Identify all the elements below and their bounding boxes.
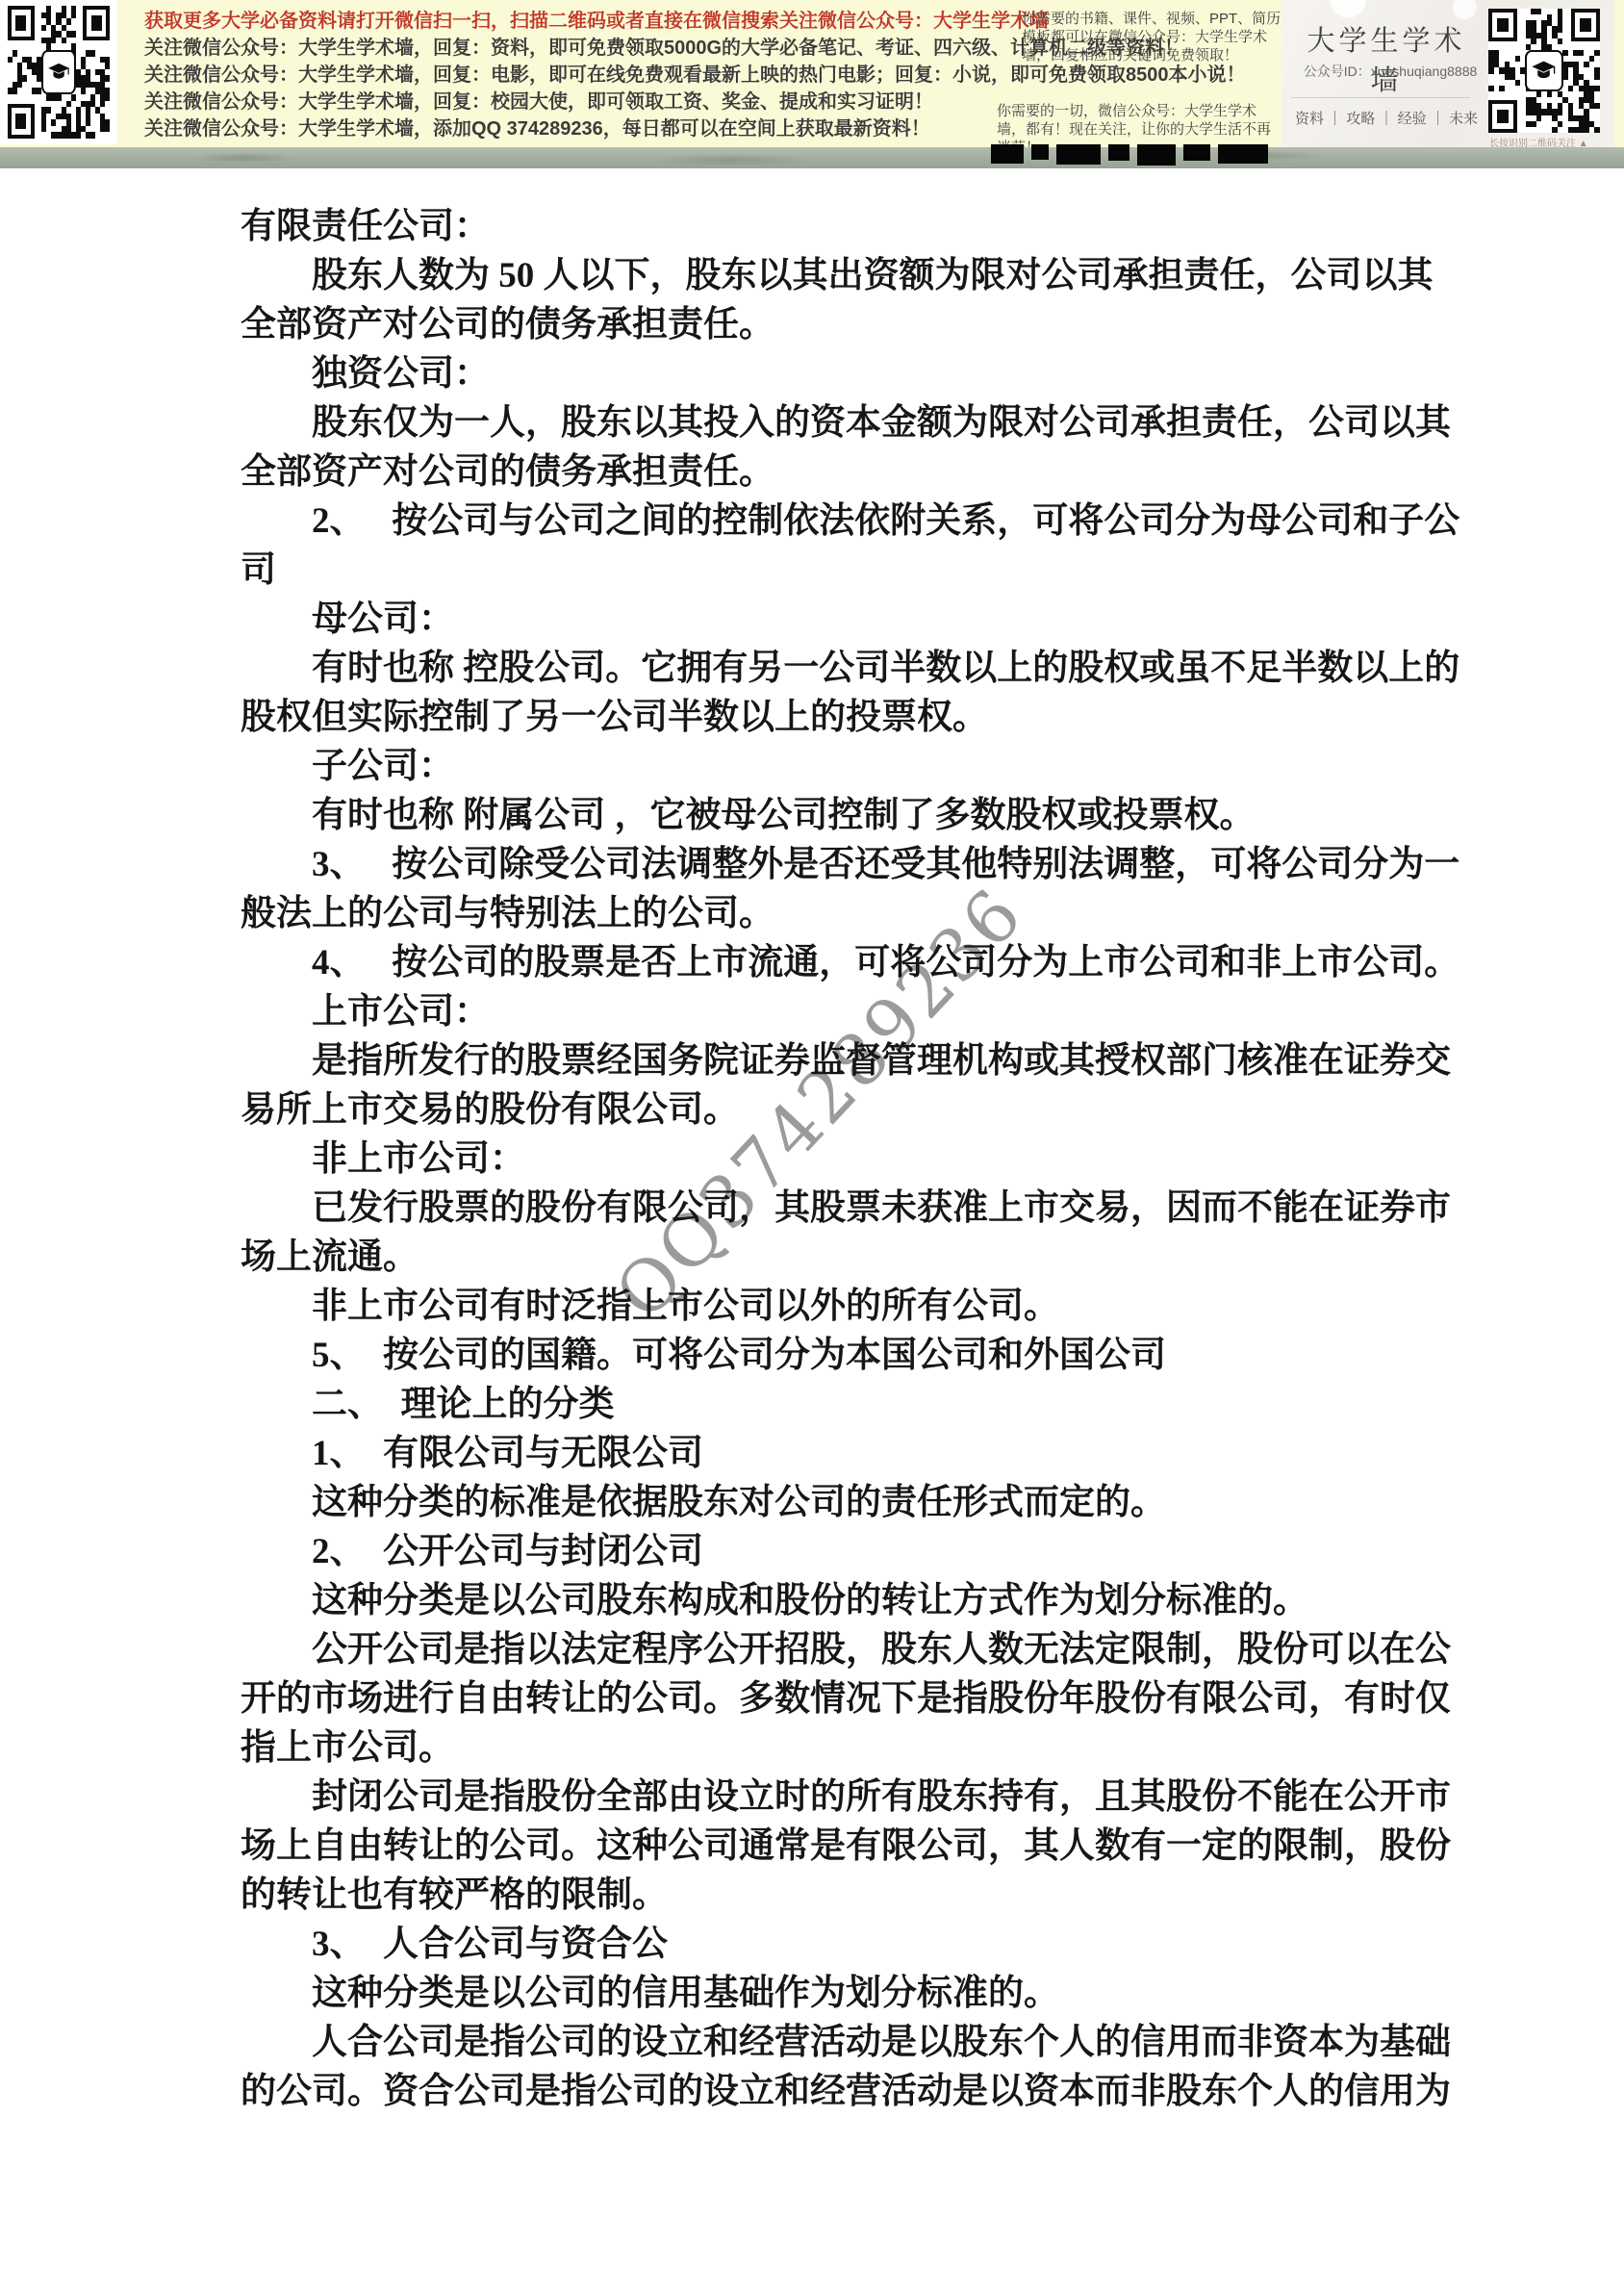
qr-finder-icon [8, 6, 35, 40]
document-line: 股权但实际控制了另一公司半数以上的投票权。 [241, 693, 1405, 742]
document-line: 有时也称 控股公司。它拥有另一公司半数以上的股权或虽不足半数以上的 [241, 644, 1405, 693]
qr-finder-icon [8, 104, 35, 139]
document-line: 易所上市交易的股份有限公司。 [241, 1085, 1405, 1135]
promo-line: 关注微信公众号：大学生学术墙，回复：校园大使，即可领取工资、奖金、提成和实习证明… [144, 89, 1015, 115]
document-line: 有时也称 附属公司 ，它被母公司控制了多数股权或投票权。 [241, 791, 1405, 840]
document-line: 的转让也有较严格的限制。 [241, 1871, 1405, 1920]
document-line: 有限责任公司： [241, 202, 1405, 251]
document-line: 非上市公司有时泛指上市公司以外的所有公司。 [241, 1282, 1405, 1331]
document-line: 封闭公司是指股份全部由设立时的所有股东持有，且其股份不能在公开市 [241, 1773, 1405, 1822]
qr-finder-icon [83, 6, 110, 40]
card-divider [1291, 97, 1470, 98]
document-line: 3、 按公司除受公司法调整外是否还受其他特别法调整，可将公司分为一 [241, 840, 1405, 889]
document-line: 2、 按公司与公司之间的控制依法依附关系，可将公司分为母公司和子公 [241, 497, 1405, 546]
graduation-cap-icon [41, 50, 76, 95]
document-line: 全部资产对公司的债务承担责任。 [241, 447, 1405, 497]
document-line: 2、 公开公司与封闭公司 [241, 1527, 1405, 1576]
promo-line: 获取更多大学必备资料请打开微信扫一扫，扫描二维码或者直接在微信搜索关注微信公众号… [144, 8, 1015, 35]
document-line: 上市公司： [241, 987, 1405, 1036]
document-line: 开的市场进行自由转让的公司。多数情况下是指股份年股份有限公司，有时仅 [241, 1674, 1405, 1723]
promo-banner: 获取更多大学必备资料请打开微信扫一扫，扫描二维码或者直接在微信搜索关注微信公众号… [0, 0, 1624, 147]
document-line: 1、 有限公司与无限公司 [241, 1429, 1405, 1478]
document-line: 场上自由转让的公司。这种公司通常是有限公司，其人数有一定的限制，股份 [241, 1822, 1405, 1871]
document-line: 这种分类是以公司股东构成和股份的转让方式作为划分标准的。 [241, 1576, 1405, 1625]
wechat-qr-code [8, 6, 110, 139]
document-line: 场上流通。 [241, 1233, 1405, 1282]
document-line: 股东仅为一人，股东以其投入的资本金额为限对公司承担责任，公司以其 [241, 398, 1405, 447]
account-card-title: 大学生学术墙 [1295, 19, 1478, 98]
qr-finder-icon [1488, 9, 1517, 41]
document-line: 这种分类是以公司的信用基础作为划分标准的。 [241, 1969, 1405, 2018]
promo-line: 关注微信公众号：大学生学术墙，回复：电影，即可在线免费观看最新上映的热门电影；回… [144, 62, 1015, 89]
document-line: 指上市公司。 [241, 1723, 1405, 1773]
document-line: 已发行股票的股份有限公司，其股票未获准上市交易，因而不能在证券市 [241, 1184, 1405, 1233]
document-line: 公开公司是指以法定程序公开招股，股东人数无法定限制，股份可以在公 [241, 1625, 1405, 1674]
graduation-cap-icon [1525, 50, 1562, 92]
document-line: 这种分类的标准是依据股东对公司的责任形式而定的。 [241, 1478, 1405, 1527]
document-line: 的公司。资合公司是指公司的设立和经营活动是以资本而非股东个人的信用为 [241, 2067, 1405, 2116]
side-note-keywords: 你需要的书籍、课件、视频、PPT、简历模板都可以在微信公众号：大学生学术墙，回复… [1022, 10, 1281, 64]
document-line: 非上市公司： [241, 1135, 1405, 1184]
document-line: 母公司： [241, 595, 1405, 644]
document-line: 二、 理论上的分类 [241, 1380, 1405, 1429]
document-line: 是指所发行的股票经国务院证券监督管理机构或其授权部门核准在证券交 [241, 1036, 1405, 1085]
document-line: 全部资产对公司的债务承担责任。 [241, 300, 1405, 349]
promo-text-block: 获取更多大学必备资料请打开微信扫一扫，扫描二维码或者直接在微信搜索关注微信公众号… [144, 8, 1015, 142]
scan-edge-strip [0, 147, 1624, 168]
document-line: 司 [241, 546, 1405, 595]
account-id: 公众号ID：xueshuqiang8888 [1299, 62, 1482, 81]
banner-edge [1614, 0, 1624, 147]
document-line: 人合公司是指公司的设立和经营活动是以股东个人的信用而非资本为基础 [241, 2018, 1405, 2067]
document-line: 般法上的公司与特别法上的公司。 [241, 889, 1405, 938]
document-line: 独资公司： [241, 349, 1405, 398]
document-line: 3、 人合公司与资合公 [241, 1920, 1405, 1969]
account-card: 大学生学术墙 公众号ID：xueshuqiang8888 资料 ｜ 攻略 ｜ 经… [1281, 0, 1614, 147]
qr-finder-icon [1571, 9, 1600, 41]
document-line: 子公司： [241, 742, 1405, 791]
account-card-tags: 资料 ｜ 攻略 ｜ 经验 ｜ 未来 [1295, 108, 1478, 128]
document-line: 股东人数为 50 人以下，股东以其出资额为限对公司承担责任，公司以其 [241, 251, 1405, 300]
promo-line: 关注微信公众号：大学生学术墙，添加QQ 374289236，每日都可以在空间上获… [144, 115, 1015, 142]
cropped-text-fragment [991, 144, 1276, 167]
qr-finder-icon [1488, 100, 1517, 133]
promo-line: 关注微信公众号：大学生学术墙，回复：资料，即可免费领取5000G的大学必备笔记、… [144, 35, 1015, 62]
document-text: 有限责任公司：股东人数为 50 人以下，股东以其出资额为限对公司承担责任，公司以… [241, 202, 1405, 2116]
left-qr-box [0, 0, 117, 144]
account-qr-code [1488, 9, 1600, 133]
document-line: 4、 按公司的股票是否上市流通，可将公司分为上市公司和非上市公司。 [241, 938, 1405, 987]
document-line: 5、 按公司的国籍。可将公司分为本国公司和外国公司 [241, 1331, 1405, 1380]
